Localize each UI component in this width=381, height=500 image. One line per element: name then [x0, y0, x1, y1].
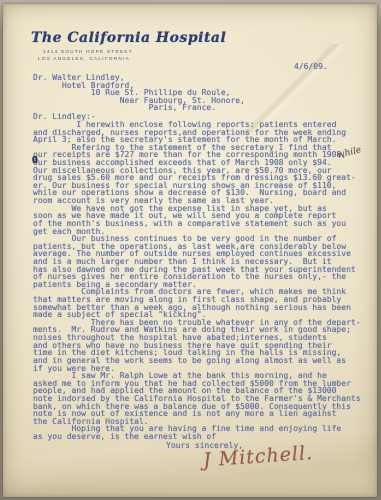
scanned-letter: The California Hospital 1414 SOUTH HOPE … [0, 0, 381, 500]
letterhead-hospital-name: The California Hospital [31, 30, 226, 46]
letter-date: 4/6/09. [294, 62, 328, 71]
letter-body-line: as you deserve, is the earnest wish of [33, 433, 363, 441]
letterhead-city: LOS ANGELES, CALIFORNIA [38, 56, 226, 61]
hand-corrected-letter-o: O [32, 155, 38, 166]
letter-body: I herewith enclose following reports: pa… [33, 121, 363, 441]
recipient-address: Dr. Walter Lindley, Hotel Bradford, 10 R… [33, 74, 245, 112]
recipient-address-line: Paris, France. [33, 104, 245, 112]
letterhead-street: 1414 SOUTH HOPE STREET [43, 49, 226, 54]
letterhead: The California Hospital 1414 SOUTH HOPE … [31, 30, 226, 61]
letter-paper: The California Hospital 1414 SOUTH HOPE … [3, 4, 377, 497]
